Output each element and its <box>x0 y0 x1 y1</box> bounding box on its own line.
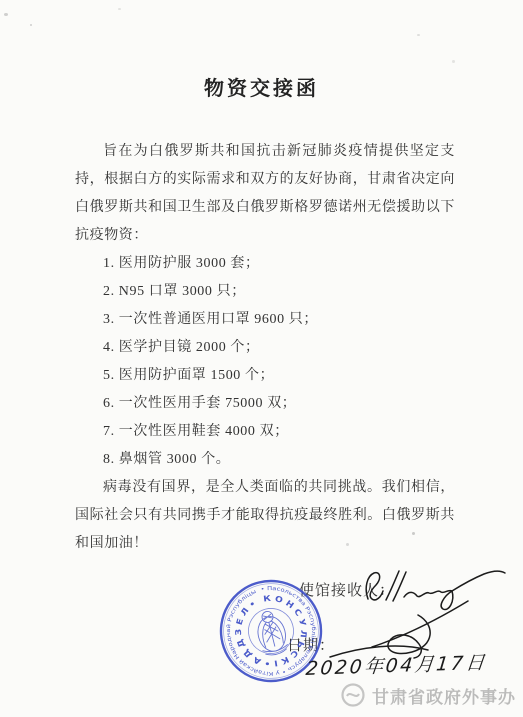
intro-paragraph: 旨在为白俄罗斯共和国抗击新冠肺炎疫情提供坚定支持，根据白方的实际需求和双方的友好… <box>75 138 455 250</box>
scan-speck <box>412 532 415 535</box>
supply-item-3: 3. 一次性普通医用口罩 9600 只； <box>103 306 455 334</box>
watermark-text: 甘肃省政府外事办 <box>372 683 516 708</box>
supply-item-6: 6. 一次性医用手套 75000 双； <box>103 390 455 418</box>
supply-item-8: 8. 鼻烟管 3000 个。 <box>103 446 455 474</box>
supply-item-5: 5. 医用防护面罩 1500 个； <box>103 362 455 390</box>
stamp-emblem <box>253 608 290 657</box>
supply-item-7: 7. 一次性医用鞋套 4000 双； <box>103 418 455 446</box>
scanned-letter-page: 物资交接函 旨在为白俄罗斯共和国抗击新冠肺炎疫情提供坚定支持，根据白方的实际需求… <box>0 0 523 717</box>
scan-speck <box>452 60 455 63</box>
supply-item-2: 2. N95 口罩 3000 只； <box>103 278 455 306</box>
stamp-ring-text: • Пасольства Рэспублікі Беларусь • у Кіт… <box>216 576 325 685</box>
handwritten-signature <box>320 560 520 665</box>
supply-list: 1. 医用防护服 3000 套； 2. N95 口罩 3000 只； 3. 一次… <box>75 250 455 474</box>
date-label: 日期： <box>287 634 335 655</box>
recipient-label: 使馆接收人： <box>299 579 395 600</box>
scan-speck <box>4 13 8 16</box>
letter-body: 旨在为白俄罗斯共和国抗击新冠肺炎疫情提供坚定支持，根据白方的实际需求和双方的友好… <box>0 138 523 558</box>
supply-item-1: 1. 医用防护服 3000 套； <box>103 250 455 278</box>
scan-speck <box>346 543 349 546</box>
stamp-inner-ring-text: К О Н С У Л Ь С К І • А Д Д З Е Л • <box>226 586 316 676</box>
scan-speck <box>417 34 420 36</box>
document-title: 物资交接函 <box>0 0 523 101</box>
closing-paragraph: 病毒没有国界，是全人类面临的共同挑战。我们相信，国际社会只有共同携手才能取得抗疫… <box>75 474 455 558</box>
gov-office-logo-icon <box>340 682 366 708</box>
handwritten-date: 2020年04月17日 <box>305 648 489 681</box>
supply-item-4: 4. 医学护目镜 2000 个； <box>103 334 455 362</box>
gov-office-watermark: 甘肃省政府外事办 <box>340 682 516 708</box>
scan-speck <box>118 8 121 10</box>
scan-speck <box>30 24 32 26</box>
embassy-seal-stamp: • Пасольства Рэспублікі Беларусь • у Кіт… <box>215 575 327 687</box>
